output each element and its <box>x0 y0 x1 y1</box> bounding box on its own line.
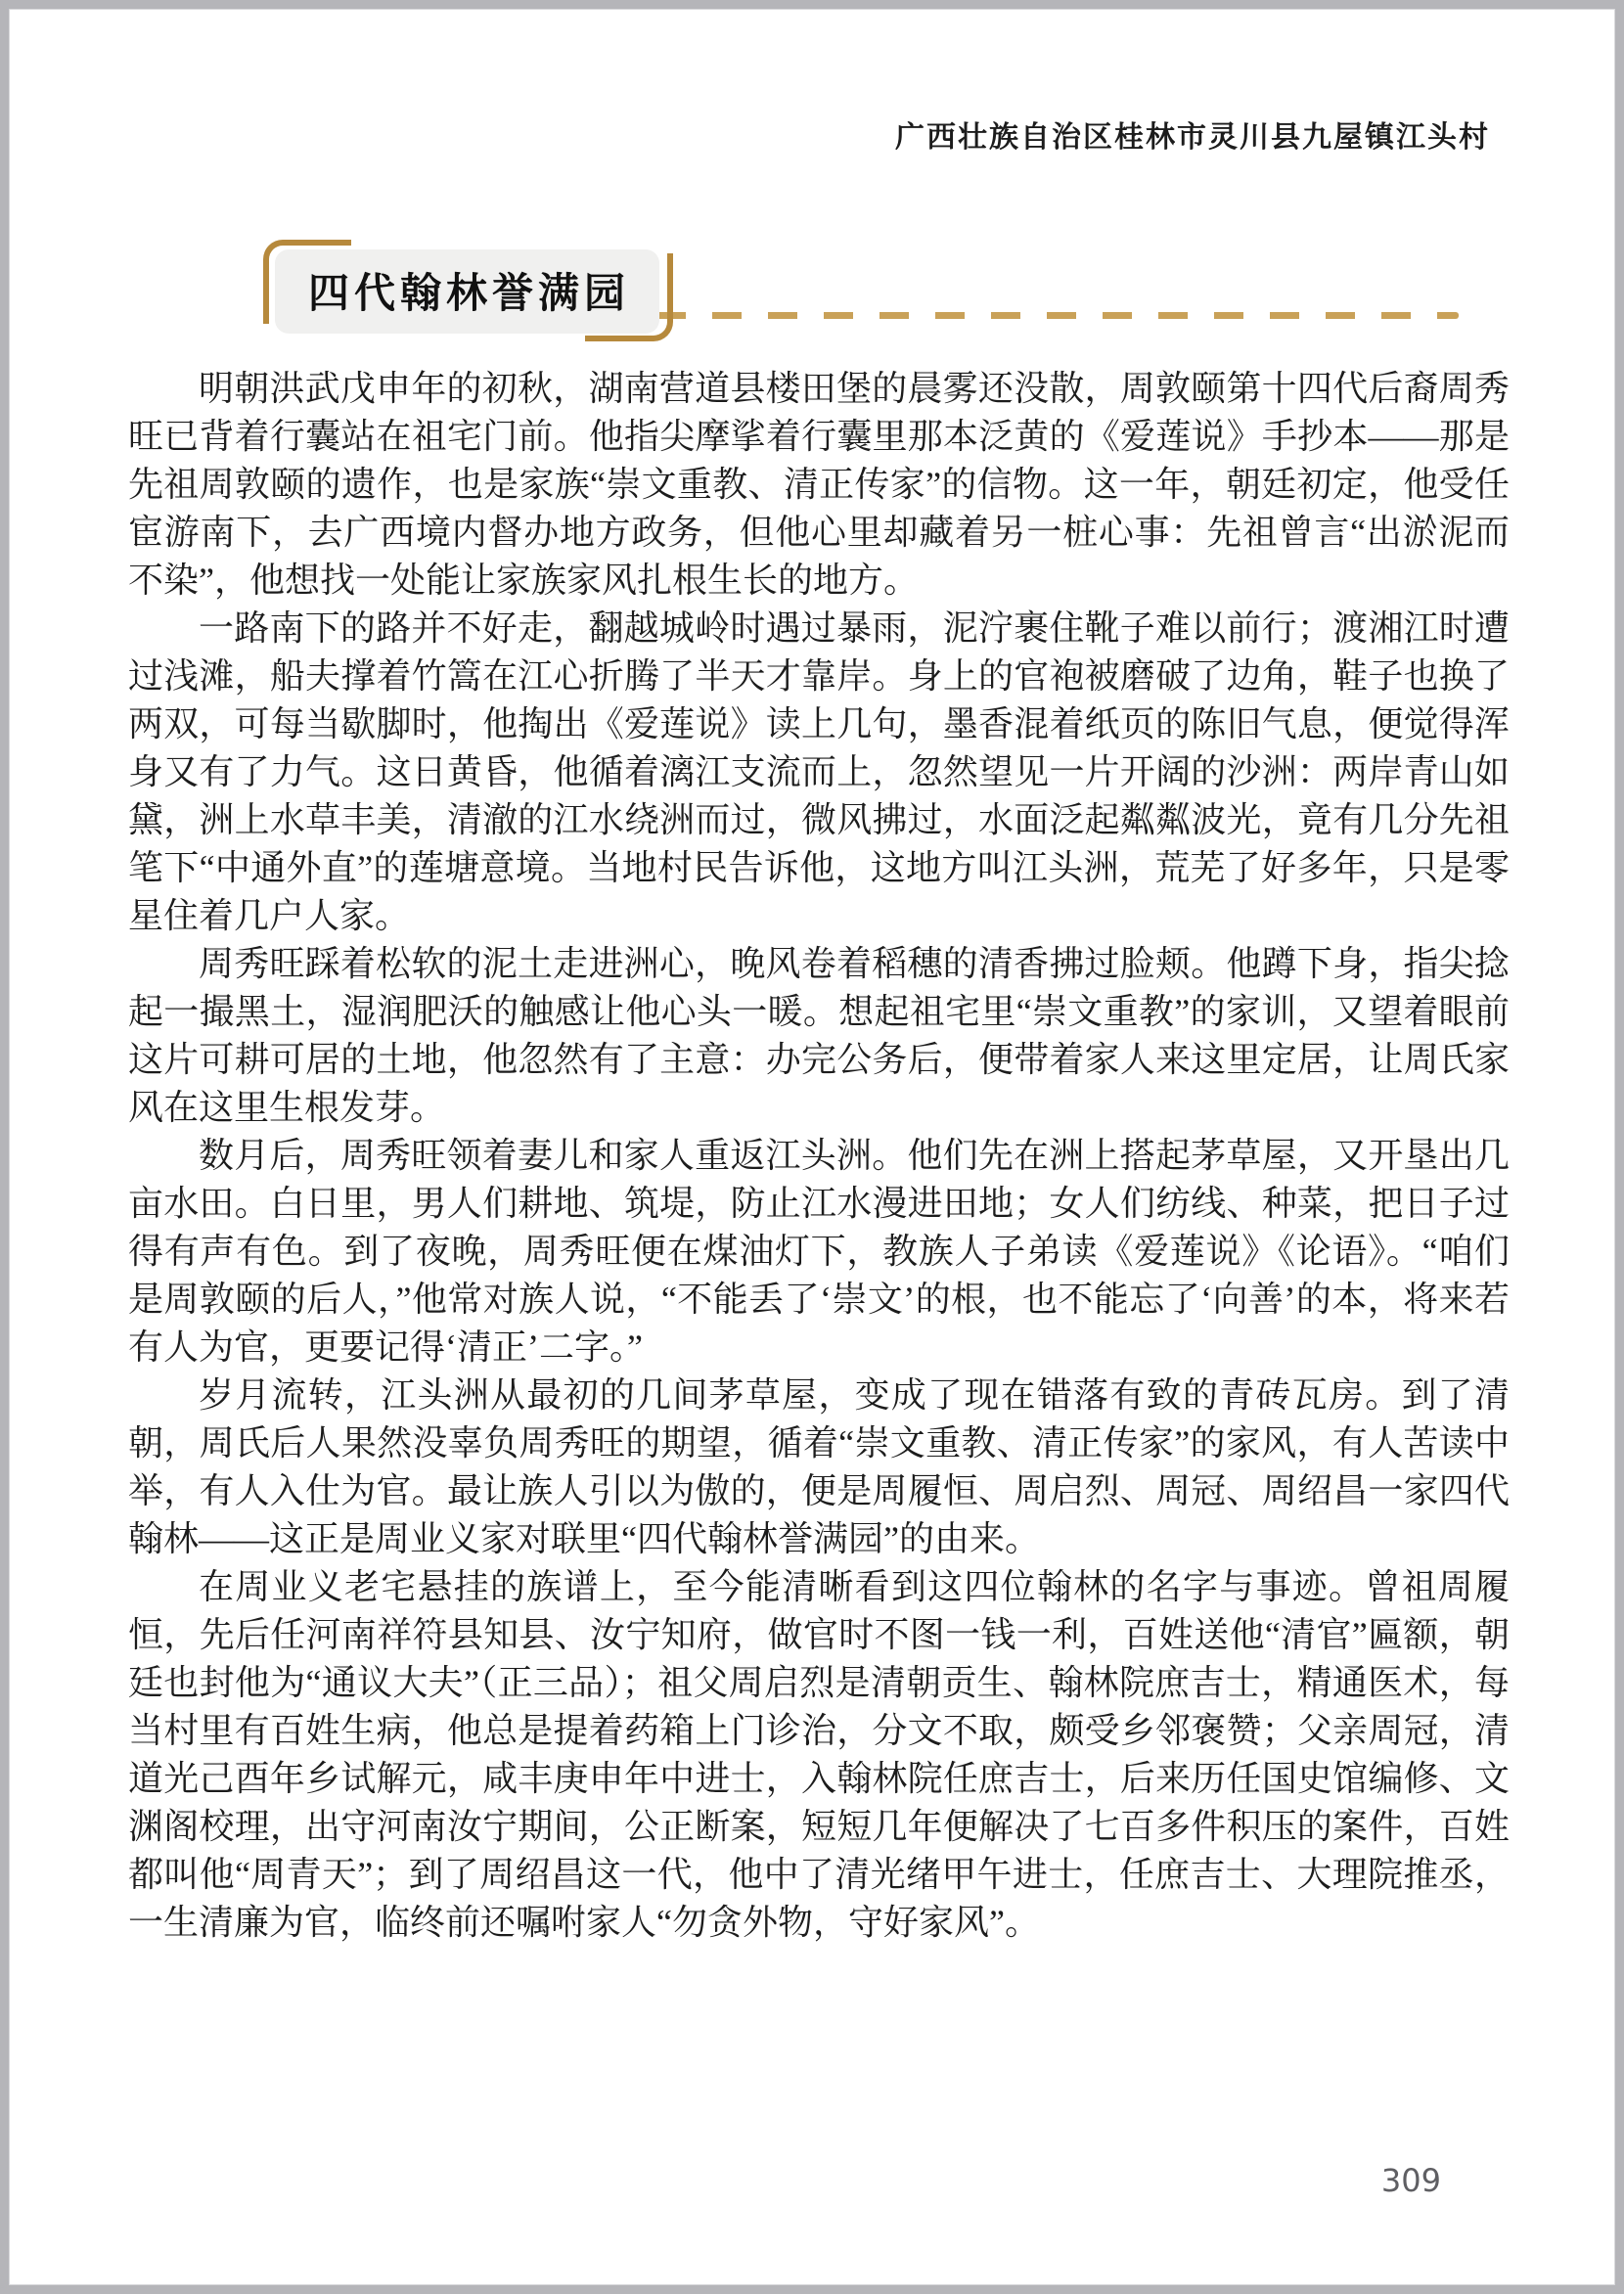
body-paragraph: 周秀旺踩着松软的泥土走进洲心，晚风卷着稻穗的清香拂过脸颊。他蹲下身，指尖捻起一撮… <box>128 940 1510 1132</box>
corner-bracket-bottom-right-icon <box>585 253 673 341</box>
body-paragraph: 在周业义老宅悬挂的族谱上，至今能清晰看到这四位翰林的名字与事迹。曾祖周履恒，先后… <box>128 1563 1510 1947</box>
running-header: 广西壮族自治区桂林市灵川县九屋镇江头村 <box>895 112 1490 156</box>
section-title-block: 四代翰林誉满园 <box>275 249 659 334</box>
body-paragraph: 数月后，周秀旺领着妻儿和家人重返江头洲。他们先在洲上搭起茅草屋，又开垦出几亩水田… <box>128 1132 1510 1372</box>
title-dashed-rule <box>656 312 1459 319</box>
page-number: 309 <box>1381 2162 1441 2199</box>
body-paragraph: 一路南下的路并不好走，翻越城岭时遇过暴雨，泥泞裹住靴子难以前行；渡湘江时遭过浅滩… <box>128 605 1510 940</box>
body-paragraph: 明朝洪武戊申年的初秋，湖南营道县楼田堡的晨雾还没散，周敦颐第十四代后裔周秀旺已背… <box>128 365 1510 605</box>
body-paragraph: 岁月流转，江头洲从最初的几间茅草屋，变成了现在错落有致的青砖瓦房。到了清朝，周氏… <box>128 1372 1510 1563</box>
document-page: 广西壮族自治区桂林市灵川县九屋镇江头村 四代翰林誉满园 明朝洪武戊申年的初秋，湖… <box>0 0 1624 2294</box>
corner-bracket-top-left-icon <box>263 240 351 324</box>
article-body: 明朝洪武戊申年的初秋，湖南营道县楼田堡的晨雾还没散，周敦颐第十四代后裔周秀旺已背… <box>128 365 1510 1947</box>
